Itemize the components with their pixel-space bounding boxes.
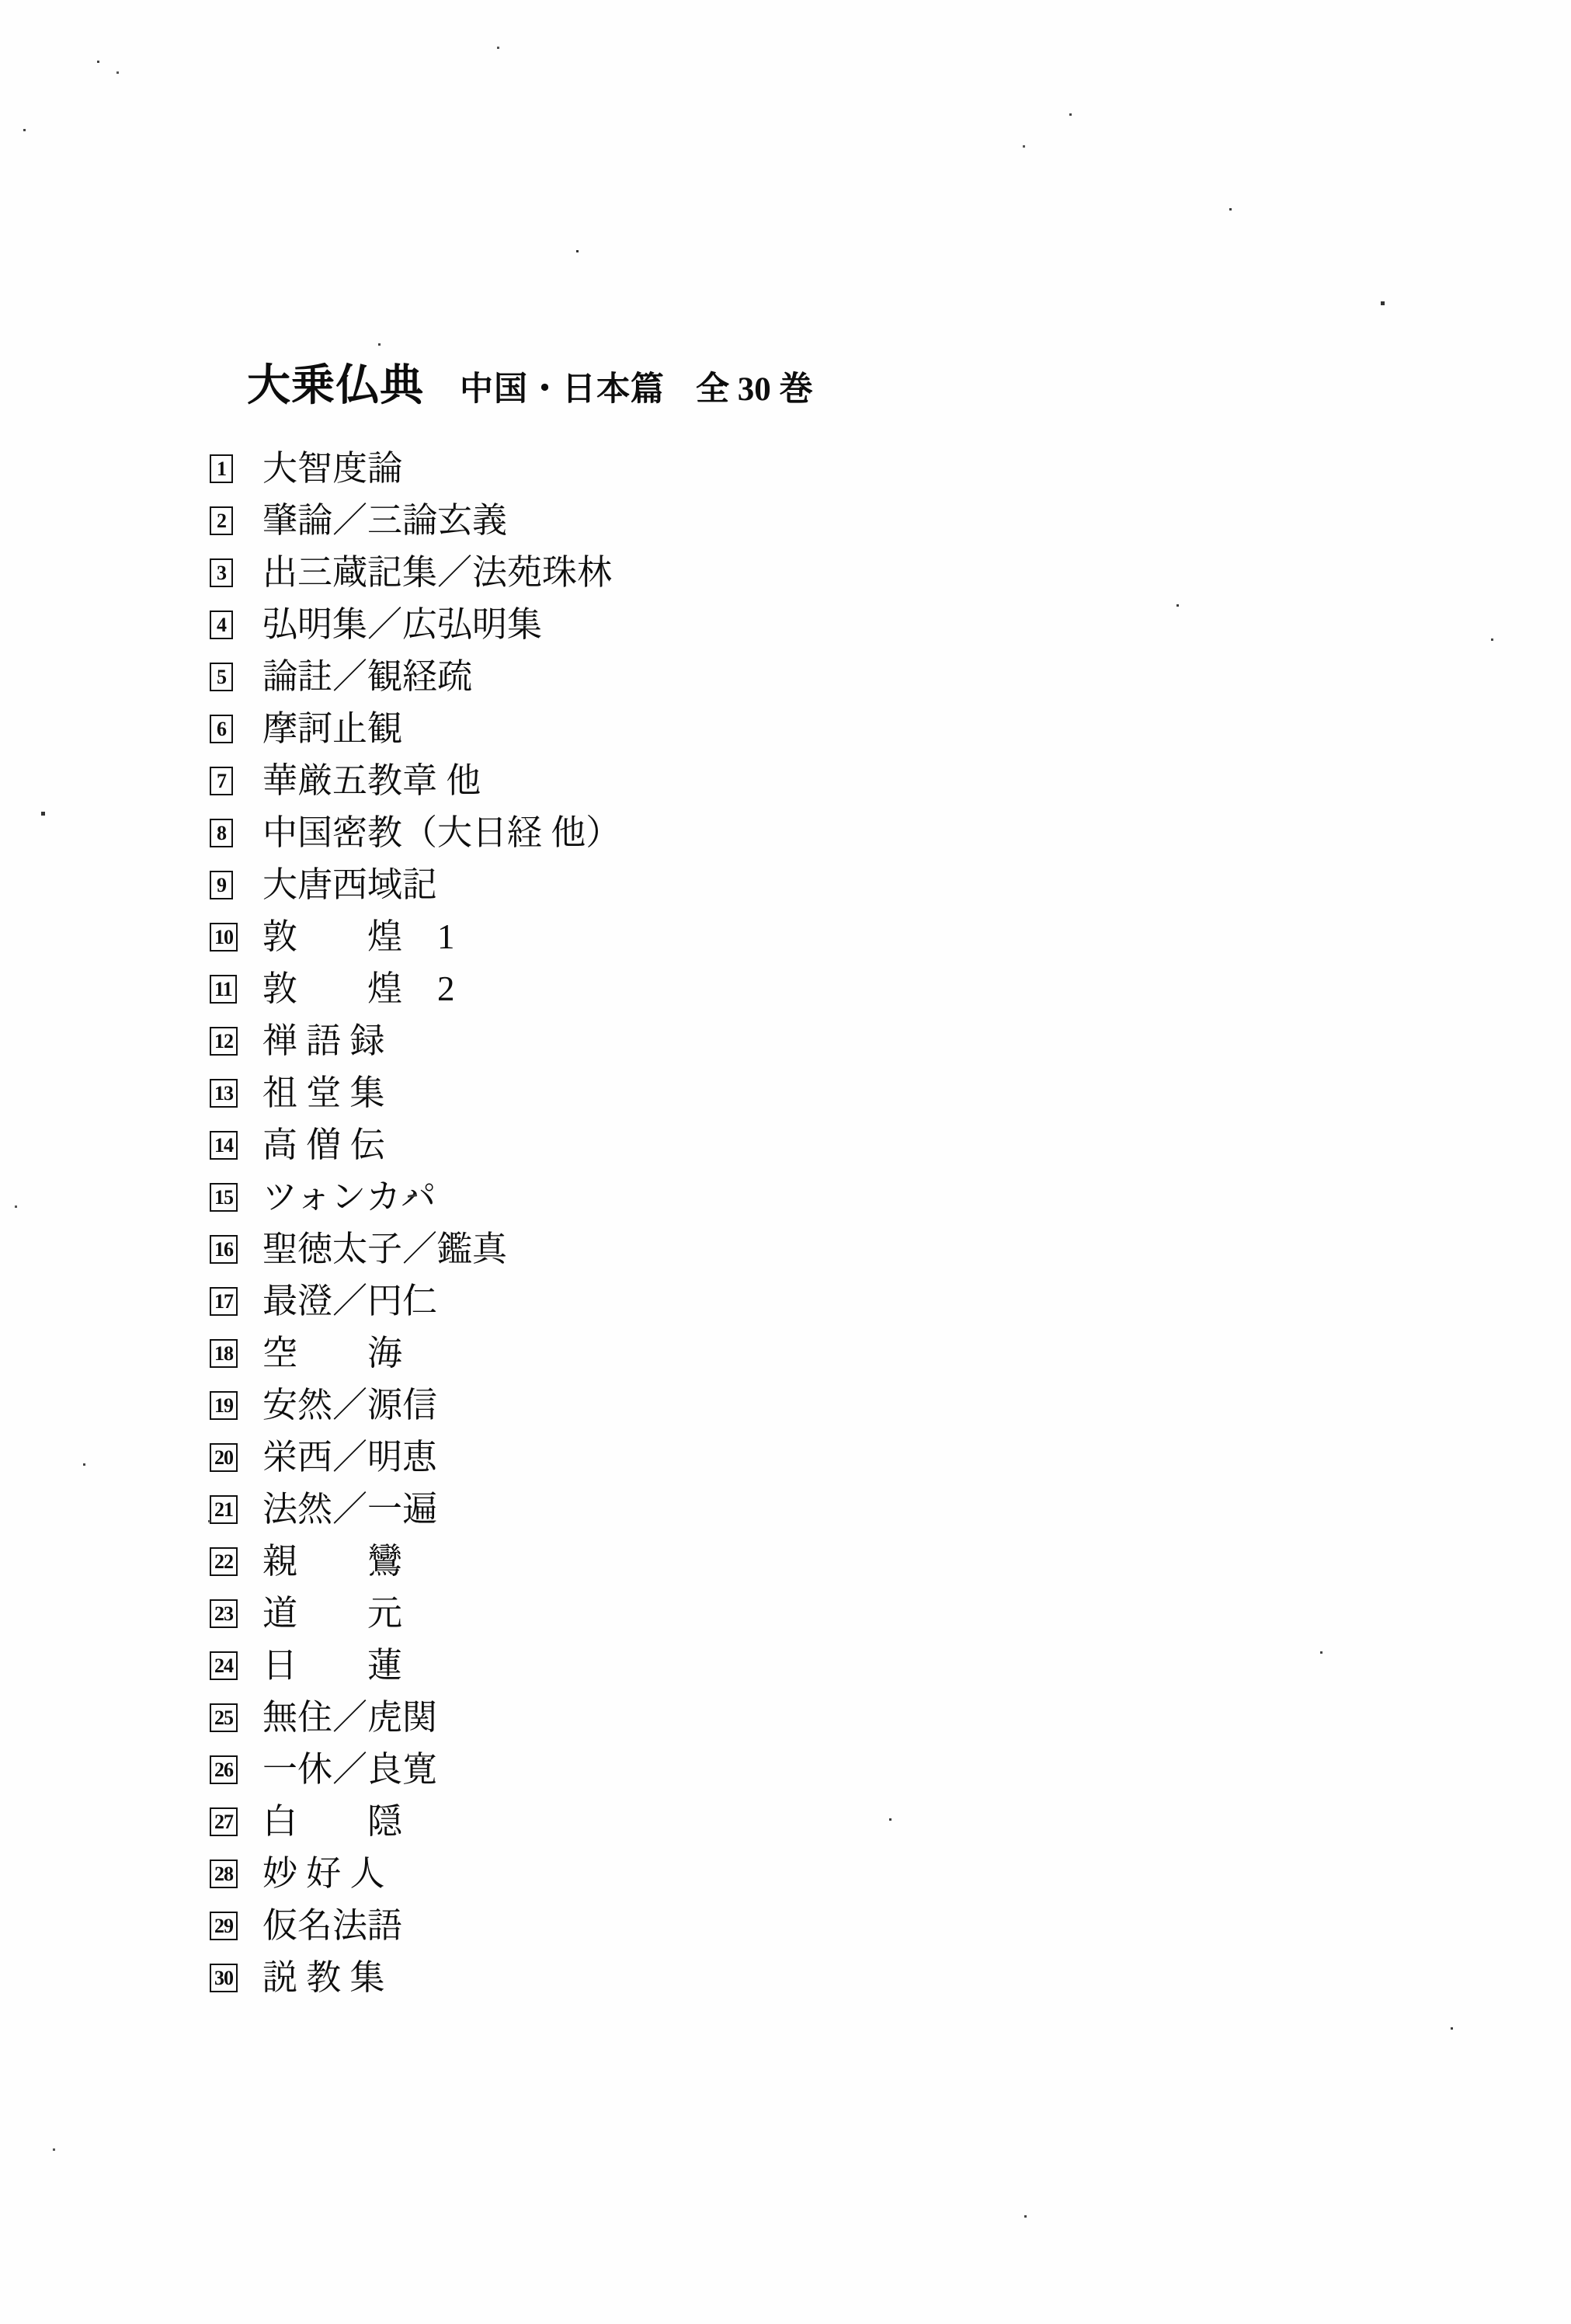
volume-number-cell: 25	[210, 1703, 262, 1732]
volume-number-cell: 18	[210, 1339, 262, 1368]
volume-number-cell: 8	[210, 819, 262, 847]
volume-list-item: 29 仮名法語	[210, 1900, 620, 1952]
volume-list-item: 26 一休／良寛	[210, 1744, 620, 1796]
volume-list-item: 19 安然／源信	[210, 1379, 620, 1432]
volume-title: 中国密教（大日経 他）	[262, 816, 620, 851]
volume-title: 法然／一遍	[262, 1492, 437, 1527]
volume-number-cell: 4	[210, 611, 262, 639]
volume-list-item: 25 無住／虎関	[210, 1692, 620, 1744]
volume-list-item: 16 聖徳太子／鑑真	[210, 1223, 620, 1275]
volume-list-item: 8 中国密教（大日経 他）	[210, 807, 620, 859]
volume-number-box: 6	[210, 715, 233, 743]
volume-number-box: 30	[210, 1964, 238, 1992]
volume-title: 一休／良寛	[262, 1752, 437, 1787]
volume-title: 禅 語 録	[262, 1024, 385, 1059]
volume-number-cell: 23	[210, 1599, 262, 1628]
volume-number-box: 28	[210, 1860, 238, 1888]
volume-number-box: 1	[210, 454, 233, 483]
volume-list-item: 22 親 鸞	[210, 1536, 620, 1588]
volume-list-item: 1 大智度論	[210, 443, 620, 495]
volume-list-item: 5 論註／観経疏	[210, 651, 620, 703]
volume-title: 出三蔵記集／法苑珠林	[262, 555, 612, 590]
volume-list-item: 27 白 隠	[210, 1796, 620, 1848]
volume-number-cell: 22	[210, 1547, 262, 1576]
volume-number-box: 9	[210, 871, 233, 899]
page-title: 大乗仏典 中国・日本篇 全 30 巻	[247, 351, 813, 413]
volume-list-item: 13 祖 堂 集	[210, 1067, 620, 1119]
volume-list-item: 12 禅 語 録	[210, 1015, 620, 1067]
volume-number-cell: 5	[210, 663, 262, 691]
volume-title: 華厳五教章 他	[262, 764, 481, 798]
volume-title: 白 隠	[262, 1804, 402, 1839]
volume-number-cell: 24	[210, 1651, 262, 1680]
volume-list-item: 6 摩訶止観	[210, 703, 620, 755]
volume-number-cell: 11	[210, 975, 262, 1004]
volume-number-cell: 7	[210, 767, 262, 795]
volume-number-box: 18	[210, 1339, 238, 1368]
volume-number-box: 29	[210, 1912, 238, 1940]
volume-number-cell: 12	[210, 1027, 262, 1056]
volume-title: 安然／源信	[262, 1388, 437, 1423]
volume-list-item: 20 栄西／明恵	[210, 1432, 620, 1484]
volume-number-cell: 30	[210, 1964, 262, 1992]
volume-title: 肇論／三論玄義	[262, 503, 507, 538]
volume-title: 高 僧 伝	[262, 1128, 385, 1163]
volume-number-box: 2	[210, 506, 233, 535]
volume-number-box: 24	[210, 1651, 238, 1680]
volume-list-item: 11 敦 煌 2	[210, 963, 620, 1015]
volume-number-cell: 10	[210, 923, 262, 952]
volume-list-item: 28 妙 好 人	[210, 1848, 620, 1900]
volume-title: 空 海	[262, 1336, 402, 1371]
volume-number-box: 7	[210, 767, 233, 795]
volume-number-cell: 1	[210, 454, 262, 483]
volume-list-item: 17 最澄／円仁	[210, 1275, 620, 1327]
volume-number-box: 23	[210, 1599, 238, 1628]
volume-number-box: 11	[210, 975, 237, 1004]
volume-number-box: 13	[210, 1079, 238, 1108]
volume-title: 敦 煌 1	[262, 920, 455, 955]
series-subtitle: 中国・日本篇	[460, 363, 665, 410]
volume-number-cell: 20	[210, 1443, 262, 1472]
volume-number-box: 5	[210, 663, 233, 691]
volume-list-item: 14 高 僧 伝	[210, 1119, 620, 1171]
volume-title: 無住／虎関	[262, 1700, 437, 1735]
volume-title: 大智度論	[262, 451, 402, 486]
volume-title: 日 蓮	[262, 1648, 402, 1683]
volume-list-item: 2 肇論／三論玄義	[210, 495, 620, 547]
volume-list-item: 23 道 元	[210, 1588, 620, 1640]
volume-number-box: 10	[210, 923, 238, 952]
volume-number-cell: 27	[210, 1807, 262, 1836]
volume-title: 仮名法語	[262, 1908, 402, 1943]
volume-title: 敦 煌 2	[262, 972, 455, 1007]
volume-number-box: 21	[210, 1495, 238, 1524]
volume-number-cell: 16	[210, 1235, 262, 1264]
volume-number-cell: 17	[210, 1287, 262, 1316]
scan-noise-speckles	[0, 0, 2, 2]
volume-number-cell: 21	[210, 1495, 262, 1524]
volume-number-box: 19	[210, 1391, 238, 1420]
volume-list-item: 9 大唐西域記	[210, 859, 620, 911]
volume-title: 道 元	[262, 1596, 402, 1631]
volume-title: 祖 堂 集	[262, 1076, 385, 1111]
volume-number-cell: 2	[210, 506, 262, 535]
volume-number-cell: 14	[210, 1131, 262, 1160]
volume-list-item: 3 出三蔵記集／法苑珠林	[210, 547, 620, 599]
volume-number-box: 14	[210, 1131, 238, 1160]
volume-title: 妙 好 人	[262, 1856, 385, 1891]
volume-number-cell: 9	[210, 871, 262, 899]
volume-number-box: 22	[210, 1547, 238, 1576]
volume-title: 摩訶止観	[262, 711, 402, 746]
volume-number-box: 17	[210, 1287, 238, 1316]
volume-number-box: 20	[210, 1443, 238, 1472]
volume-number-cell: 28	[210, 1860, 262, 1888]
volume-list-item: 24 日 蓮	[210, 1640, 620, 1692]
volume-number-cell: 3	[210, 558, 262, 587]
volume-list-item: 15 ツォンカパ	[210, 1171, 620, 1223]
volume-list-item: 21 法然／一遍	[210, 1484, 620, 1536]
scanned-page: 大乗仏典 中国・日本篇 全 30 巻 1 大智度論 2 肇論／三論玄義 3 出三…	[0, 0, 1571, 2324]
series-volume-count: 全 30 巻	[696, 363, 813, 410]
volume-number-cell: 29	[210, 1912, 262, 1940]
volume-title: 聖徳太子／鑑真	[262, 1232, 507, 1267]
volume-list-item: 18 空 海	[210, 1327, 620, 1379]
volume-title: 弘明集／広弘明集	[262, 607, 542, 642]
volume-number-cell: 26	[210, 1755, 262, 1784]
volume-number-box: 12	[210, 1027, 238, 1056]
series-title: 大乗仏典	[247, 351, 424, 413]
volume-title: 論註／観経疏	[262, 659, 472, 694]
volume-number-cell: 19	[210, 1391, 262, 1420]
volume-number-box: 4	[210, 611, 233, 639]
volume-list: 1 大智度論 2 肇論／三論玄義 3 出三蔵記集／法苑珠林 4 弘明集／広弘明集…	[210, 443, 620, 2004]
volume-number-box: 27	[210, 1807, 238, 1836]
volume-number-box: 15	[210, 1183, 238, 1212]
volume-number-box: 8	[210, 819, 233, 847]
volume-title: 最澄／円仁	[262, 1284, 437, 1319]
volume-title: 親 鸞	[262, 1544, 402, 1579]
volume-title: 大唐西域記	[262, 868, 437, 903]
volume-list-item: 10 敦 煌 1	[210, 911, 620, 963]
volume-list-item: 4 弘明集／広弘明集	[210, 599, 620, 651]
volume-title: 栄西／明恵	[262, 1440, 437, 1475]
volume-number-cell: 6	[210, 715, 262, 743]
volume-number-cell: 13	[210, 1079, 262, 1108]
volume-number-cell: 15	[210, 1183, 262, 1212]
volume-list-item: 30 説 教 集	[210, 1952, 620, 2004]
volume-number-box: 16	[210, 1235, 238, 1264]
volume-list-item: 7 華厳五教章 他	[210, 755, 620, 807]
volume-title: ツォンカパ	[262, 1180, 436, 1215]
volume-number-box: 26	[210, 1755, 238, 1784]
volume-number-box: 25	[210, 1703, 238, 1732]
volume-number-box: 3	[210, 558, 233, 587]
volume-title: 説 教 集	[262, 1960, 385, 1995]
